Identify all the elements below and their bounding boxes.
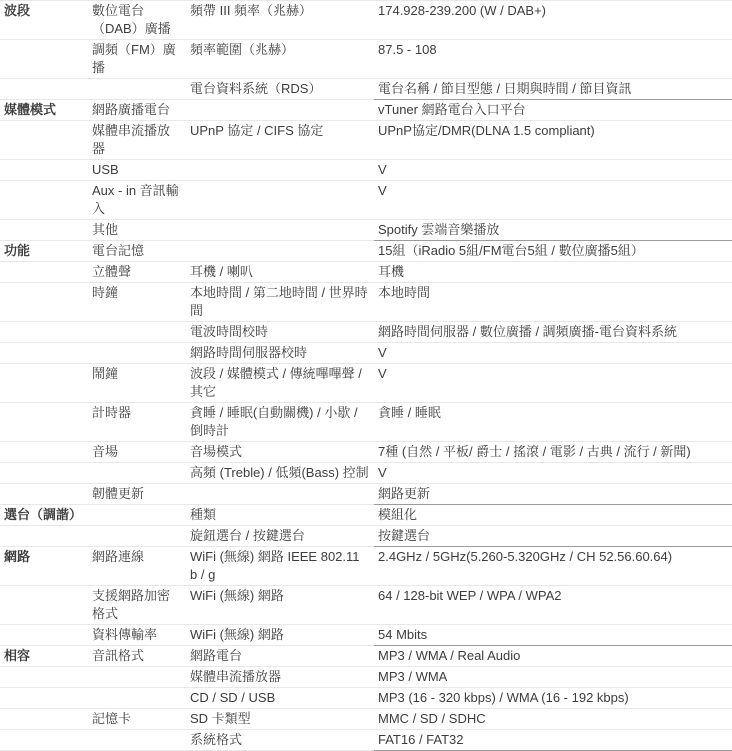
spec-value-cell: 54 Mbits — [374, 625, 732, 646]
table-row: 相容音訊格式網路電台MP3 / WMA / Real Audio — [0, 646, 732, 667]
spec-name-cell — [186, 160, 374, 181]
spec-value-cell: V — [374, 160, 732, 181]
category-cell — [0, 586, 88, 625]
subcategory-cell: 網路連線 — [88, 547, 186, 586]
category-cell — [0, 40, 88, 79]
spec-value-cell: MP3 / WMA — [374, 667, 732, 688]
table-row: 資料傳輸率WiFi (無線) 網路54 Mbits — [0, 625, 732, 646]
spec-name-cell: WiFi (無線) 網路 IEEE 802.11 b / g — [186, 547, 374, 586]
spec-name-cell: WiFi (無線) 網路 — [186, 586, 374, 625]
table-row: 旋鈕選台 / 按鍵選台按鍵選台 — [0, 526, 732, 547]
spec-name-cell: WiFi (無線) 網路 — [186, 625, 374, 646]
table-row: 媒體串流播放器MP3 / WMA — [0, 667, 732, 688]
table-row: 網路網路連線WiFi (無線) 網路 IEEE 802.11 b / g2.4G… — [0, 547, 732, 586]
spec-value-cell: 按鍵選台 — [374, 526, 732, 547]
spec-name-cell: SD 卡類型 — [186, 709, 374, 730]
spec-name-cell: 波段 / 媒體模式 / 傳統嗶嗶聲 / 其它 — [186, 364, 374, 403]
subcategory-cell — [88, 322, 186, 343]
table-row: 其他Spotify 雲端音樂播放 — [0, 220, 732, 241]
spec-table: 波段數位電台（DAB）廣播頻帶 III 頻率（兆赫）174.928-239.20… — [0, 0, 732, 751]
subcategory-cell: 音場 — [88, 442, 186, 463]
spec-value-cell: V — [374, 463, 732, 484]
spec-value-cell: V — [374, 181, 732, 220]
table-row: USBV — [0, 160, 732, 181]
subcategory-cell — [88, 688, 186, 709]
spec-value-cell: 87.5 - 108 — [374, 40, 732, 79]
subcategory-cell: 其他 — [88, 220, 186, 241]
table-row: 鬧鐘波段 / 媒體模式 / 傳統嗶嗶聲 / 其它V — [0, 364, 732, 403]
table-row: 立體聲耳機 / 喇叭耳機 — [0, 262, 732, 283]
table-row: 媒體串流播放器UPnP 協定 / CIFS 協定UPnP協定/DMR(DLNA … — [0, 121, 732, 160]
category-cell — [0, 463, 88, 484]
subcategory-cell: 網路廣播電台 — [88, 100, 186, 121]
subcategory-cell: 調頻（FM）廣播 — [88, 40, 186, 79]
category-cell — [0, 667, 88, 688]
category-cell — [0, 79, 88, 100]
spec-name-cell — [186, 220, 374, 241]
spec-name-cell: UPnP 協定 / CIFS 協定 — [186, 121, 374, 160]
subcategory-cell — [88, 343, 186, 364]
subcategory-cell: Aux - in 音訊輸入 — [88, 181, 186, 220]
table-row: 調頻（FM）廣播頻率範圍（兆赫）87.5 - 108 — [0, 40, 732, 79]
table-row: 系統格式FAT16 / FAT32 — [0, 730, 732, 751]
category-cell — [0, 121, 88, 160]
category-cell — [0, 688, 88, 709]
subcategory-cell — [88, 730, 186, 751]
spec-value-cell: 2.4GHz / 5GHz(5.260-5.320GHz / CH 52.56.… — [374, 547, 732, 586]
spec-name-cell — [186, 484, 374, 505]
subcategory-cell: 記憶卡 — [88, 709, 186, 730]
subcategory-cell: 鬧鐘 — [88, 364, 186, 403]
table-row: 波段數位電台（DAB）廣播頻帶 III 頻率（兆赫）174.928-239.20… — [0, 1, 732, 40]
spec-value-cell: 7種 (自然 / 平板/ 爵士 / 搖滾 / 電影 / 古典 / 流行 / 新聞… — [374, 442, 732, 463]
spec-value-cell: MP3 (16 - 320 kbps) / WMA (16 - 192 kbps… — [374, 688, 732, 709]
category-cell — [0, 625, 88, 646]
spec-name-cell: 電台資料系統（RDS） — [186, 79, 374, 100]
subcategory-cell: 立體聲 — [88, 262, 186, 283]
spec-value-cell: MP3 / WMA / Real Audio — [374, 646, 732, 667]
spec-name-cell: 電波時間校時 — [186, 322, 374, 343]
table-row: 韌體更新網路更新 — [0, 484, 732, 505]
table-row: 媒體模式網路廣播電台vTuner 網路電台入口平台 — [0, 100, 732, 121]
spec-value-cell: FAT16 / FAT32 — [374, 730, 732, 751]
subcategory-cell: 數位電台（DAB）廣播 — [88, 1, 186, 40]
category-cell — [0, 526, 88, 547]
category-cell — [0, 730, 88, 751]
category-cell — [0, 364, 88, 403]
spec-value-cell: 網路更新 — [374, 484, 732, 505]
subcategory-cell: USB — [88, 160, 186, 181]
spec-value-cell: 模組化 — [374, 505, 732, 526]
subcategory-cell: 媒體串流播放器 — [88, 121, 186, 160]
subcategory-cell — [88, 463, 186, 484]
spec-page: 波段數位電台（DAB）廣播頻帶 III 頻率（兆赫）174.928-239.20… — [0, 0, 732, 751]
spec-name-cell: CD / SD / USB — [186, 688, 374, 709]
spec-name-cell: 頻帶 III 頻率（兆赫） — [186, 1, 374, 40]
category-cell: 選台（調諧） — [0, 505, 88, 526]
subcategory-cell — [88, 667, 186, 688]
category-cell — [0, 160, 88, 181]
subcategory-cell: 支援網路加密格式 — [88, 586, 186, 625]
spec-value-cell: 網路時間伺服器 / 數位廣播 / 調頻廣播-電台資料系統 — [374, 322, 732, 343]
spec-value-cell: V — [374, 343, 732, 364]
spec-name-cell: 旋鈕選台 / 按鍵選台 — [186, 526, 374, 547]
category-cell — [0, 343, 88, 364]
table-row: 選台（調諧）種類模組化 — [0, 505, 732, 526]
spec-value-cell: 耳機 — [374, 262, 732, 283]
table-row: 支援網路加密格式WiFi (無線) 網路64 / 128-bit WEP / W… — [0, 586, 732, 625]
subcategory-cell — [88, 505, 186, 526]
category-cell — [0, 322, 88, 343]
category-cell — [0, 484, 88, 505]
table-row: Aux - in 音訊輸入V — [0, 181, 732, 220]
spec-name-cell: 種類 — [186, 505, 374, 526]
spec-name-cell: 高頻 (Treble) / 低頻(Bass) 控制 — [186, 463, 374, 484]
subcategory-cell: 音訊格式 — [88, 646, 186, 667]
spec-name-cell — [186, 100, 374, 121]
spec-name-cell: 系統格式 — [186, 730, 374, 751]
category-cell: 波段 — [0, 1, 88, 40]
spec-name-cell: 媒體串流播放器 — [186, 667, 374, 688]
spec-value-cell: V — [374, 364, 732, 403]
spec-value-cell: 64 / 128-bit WEP / WPA / WPA2 — [374, 586, 732, 625]
subcategory-cell: 計時器 — [88, 403, 186, 442]
spec-value-cell: MMC / SD / SDHC — [374, 709, 732, 730]
spec-name-cell: 頻率範圍（兆赫） — [186, 40, 374, 79]
spec-name-cell: 網路時間伺服器校時 — [186, 343, 374, 364]
spec-value-cell: Spotify 雲端音樂播放 — [374, 220, 732, 241]
subcategory-cell: 資料傳輸率 — [88, 625, 186, 646]
category-cell — [0, 403, 88, 442]
subcategory-cell: 時鐘 — [88, 283, 186, 322]
table-row: 計時器貪睡 / 睡眠(自動關機) / 小歇 / 倒時計貪睡 / 睡眠 — [0, 403, 732, 442]
spec-name-cell — [186, 241, 374, 262]
table-row: 電台資料系統（RDS）電台名稱 / 節目型態 / 日期與時間 / 節目資訊 — [0, 79, 732, 100]
category-cell: 網路 — [0, 547, 88, 586]
spec-name-cell — [186, 181, 374, 220]
table-row: 時鐘本地時間 / 第二地時間 / 世界時間本地時間 — [0, 283, 732, 322]
category-cell — [0, 709, 88, 730]
spec-value-cell: 本地時間 — [374, 283, 732, 322]
category-cell: 相容 — [0, 646, 88, 667]
spec-name-cell: 音場模式 — [186, 442, 374, 463]
table-row: 記憶卡SD 卡類型MMC / SD / SDHC — [0, 709, 732, 730]
category-cell: 媒體模式 — [0, 100, 88, 121]
subcategory-cell — [88, 526, 186, 547]
category-cell — [0, 181, 88, 220]
table-row: 網路時間伺服器校時V — [0, 343, 732, 364]
spec-value-cell: UPnP協定/DMR(DLNA 1.5 compliant) — [374, 121, 732, 160]
table-row: CD / SD / USBMP3 (16 - 320 kbps) / WMA (… — [0, 688, 732, 709]
spec-value-cell: 電台名稱 / 節目型態 / 日期與時間 / 節目資訊 — [374, 79, 732, 100]
spec-value-cell: vTuner 網路電台入口平台 — [374, 100, 732, 121]
subcategory-cell — [88, 79, 186, 100]
spec-name-cell: 耳機 / 喇叭 — [186, 262, 374, 283]
subcategory-cell: 韌體更新 — [88, 484, 186, 505]
category-cell — [0, 442, 88, 463]
category-cell — [0, 220, 88, 241]
category-cell — [0, 283, 88, 322]
subcategory-cell: 電台記憶 — [88, 241, 186, 262]
spec-name-cell: 貪睡 / 睡眠(自動關機) / 小歇 / 倒時計 — [186, 403, 374, 442]
table-row: 高頻 (Treble) / 低頻(Bass) 控制V — [0, 463, 732, 484]
table-row: 功能電台記憶15組（iRadio 5組/FM電台5組 / 數位廣播5組） — [0, 241, 732, 262]
table-row: 電波時間校時網路時間伺服器 / 數位廣播 / 調頻廣播-電台資料系統 — [0, 322, 732, 343]
spec-value-cell: 15組（iRadio 5組/FM電台5組 / 數位廣播5組） — [374, 241, 732, 262]
spec-table-body: 波段數位電台（DAB）廣播頻帶 III 頻率（兆赫）174.928-239.20… — [0, 1, 732, 751]
table-row: 音場音場模式7種 (自然 / 平板/ 爵士 / 搖滾 / 電影 / 古典 / 流… — [0, 442, 732, 463]
spec-name-cell: 本地時間 / 第二地時間 / 世界時間 — [186, 283, 374, 322]
category-cell: 功能 — [0, 241, 88, 262]
spec-value-cell: 貪睡 / 睡眠 — [374, 403, 732, 442]
spec-name-cell: 網路電台 — [186, 646, 374, 667]
category-cell — [0, 262, 88, 283]
spec-value-cell: 174.928-239.200 (W / DAB+) — [374, 1, 732, 40]
